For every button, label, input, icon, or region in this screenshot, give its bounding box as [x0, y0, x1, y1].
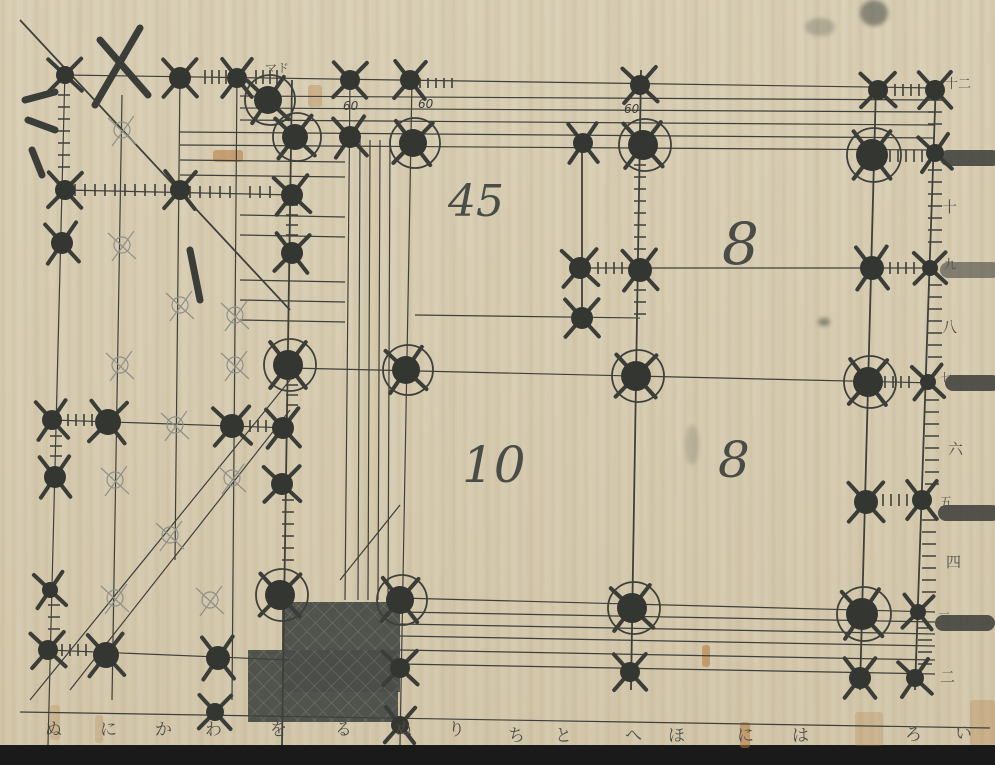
dimension-60-a: 60 — [343, 100, 358, 112]
axis-label-bottom: を — [270, 722, 287, 739]
axis-label-bottom: わ — [205, 722, 222, 739]
axis-label-bottom: は — [792, 728, 809, 745]
axis-label-right: 六 — [948, 442, 963, 457]
axis-label-bottom: ち — [508, 728, 525, 745]
axis-label-right: 九 — [944, 258, 956, 270]
axis-label-bottom: か — [155, 722, 172, 739]
post-marker — [860, 73, 895, 107]
axis-label-right: 七 — [940, 372, 952, 384]
post-marker — [266, 408, 300, 448]
label-window: マド — [265, 62, 289, 74]
faint-post-marker — [101, 584, 129, 614]
faint-post-marker — [161, 411, 189, 441]
post-marker — [614, 654, 646, 690]
wall-ticks — [48, 70, 942, 664]
post-marker — [34, 572, 66, 608]
axis-label-bottom: り — [448, 722, 465, 739]
room-size-45: 45 — [448, 180, 504, 224]
post-marker — [164, 171, 196, 209]
faint-post-marker — [166, 291, 194, 321]
axis-label-right: 二 — [940, 670, 955, 685]
axis-label-bottom: に — [100, 722, 117, 739]
axis-label-right: 一 — [952, 722, 967, 737]
axis-label-right: 三 — [938, 612, 950, 624]
post-marker — [918, 134, 952, 172]
main-post-marker — [256, 569, 308, 621]
axis-label-bottom: へ — [625, 728, 642, 745]
axis-label-right: 十 — [942, 200, 957, 215]
axis-label-bottom: ぬ — [45, 722, 62, 739]
room-size-10: 10 — [462, 440, 526, 490]
dimension-60-b: 60 — [418, 98, 433, 110]
axis-label-bottom: る — [335, 722, 352, 739]
faint-post-marker — [196, 586, 224, 616]
room-size-8-upper: 8 — [722, 215, 759, 273]
axis-label-bottom: ほ — [668, 728, 685, 745]
faint-post-marker — [106, 351, 134, 381]
post-marker — [568, 123, 597, 163]
post-marker — [264, 466, 301, 502]
main-post-marker — [608, 582, 660, 634]
dimension-60-c: 60 — [624, 103, 639, 115]
main-post-marker — [264, 339, 316, 391]
post-marker — [622, 249, 657, 290]
axis-label-bottom: に — [737, 728, 754, 745]
faint-post-marker — [108, 231, 136, 261]
post-marker — [45, 222, 79, 263]
main-post-marker — [390, 118, 440, 168]
post-marker — [202, 637, 234, 680]
post-marker — [274, 233, 309, 272]
axis-label-bottom: と — [555, 728, 572, 745]
structural-posts — [30, 59, 951, 744]
axis-label-bottom: ろ — [905, 727, 922, 744]
post-marker — [88, 634, 124, 677]
axis-label-right: 十二 — [945, 78, 971, 91]
axis-label-bottom: ぬ — [395, 722, 412, 739]
main-post-marker — [619, 119, 671, 171]
faint-post-marker — [156, 521, 184, 551]
axis-label-right: 八 — [942, 320, 957, 335]
room-size-8-lower: 8 — [718, 435, 750, 485]
floor-plan-drawing — [0, 0, 995, 750]
faint-post-marker — [218, 464, 246, 494]
axis-label-right: 五 — [940, 496, 952, 508]
post-marker — [382, 651, 417, 685]
axis-label-right: 四 — [946, 555, 961, 570]
